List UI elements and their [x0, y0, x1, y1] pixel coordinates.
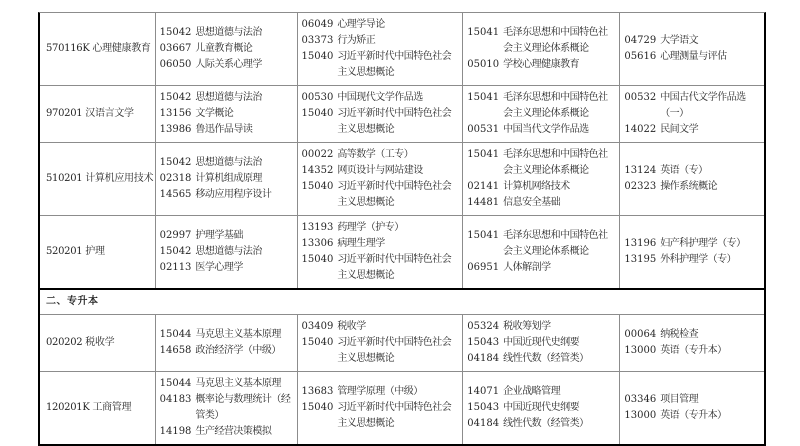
course-code: 14481: [467, 195, 499, 211]
course-code: 15040: [302, 335, 334, 367]
course-name: 妇产科护理学（专）: [660, 236, 746, 252]
course-item: 02113医学心理学: [160, 260, 293, 276]
course-name: 政治经济学（中级）: [195, 343, 281, 359]
major-cell: 520201 护理: [40, 216, 155, 290]
course-item: 15042思想道德与法治: [160, 90, 293, 106]
course-item: 14481信息安全基础: [467, 195, 615, 211]
course-item: 13683管理学原理（中级）: [302, 384, 459, 400]
course-code: 13193: [302, 220, 334, 236]
course-name: 网页设计与网站建设: [337, 163, 423, 179]
course-code: 03667: [160, 41, 192, 57]
course-cell: 15042思想道德与法治02318计算机组成原理14565移动应用程序设计: [155, 143, 297, 216]
exam-table-body: 570116K 心理健康教育15042思想道德与法治03667儿童教育概论060…: [40, 13, 764, 441]
course-name: 民间文学: [660, 122, 698, 138]
course-code: 02141: [467, 179, 499, 195]
course-item: 02323操作系统概论: [624, 179, 760, 195]
course-code: 15043: [467, 335, 499, 351]
course-code: 14658: [160, 343, 192, 359]
course-cell: 13124英语（专）02323操作系统概论: [620, 143, 764, 216]
course-item: 00530中国现代文学作品选: [302, 90, 459, 106]
course-code: 03409: [302, 319, 334, 335]
course-item: 14352网页设计与网站建设: [302, 163, 459, 179]
course-item: 14658政治经济学（中级）: [160, 343, 293, 359]
course-item: 15044马克思主义基本原理: [160, 376, 293, 392]
course-item: 13306病理生理学: [302, 236, 459, 252]
course-name: 护理学基础: [195, 228, 243, 244]
course-name: 计算机组成原理: [195, 171, 262, 187]
course-code: 15040: [302, 49, 334, 81]
course-name: 纳税检查: [660, 327, 698, 343]
course-code: 13195: [624, 252, 656, 268]
course-code: 15043: [467, 400, 499, 416]
course-code: 06951: [467, 260, 499, 276]
course-cell: 04729大学语文05616心理测量与评估: [620, 13, 764, 86]
course-code: 03373: [302, 33, 334, 49]
course-code: 15041: [467, 147, 499, 179]
course-cell: 06049心理学导论03373行为矫正15040习近平新时代中国特色社会主义思想…: [297, 13, 463, 86]
course-name: 心理学导论: [337, 17, 385, 33]
course-item: 03373行为矫正: [302, 33, 459, 49]
course-item: 03346项目管理: [624, 392, 760, 408]
course-name: 习近平新时代中国特色社会主义思想概论: [337, 335, 458, 367]
course-name: 英语（专升本）: [660, 343, 727, 359]
course-code: 06050: [160, 57, 192, 73]
section-header-row: 二、专升本: [40, 289, 764, 315]
course-cell: 15041毛泽东思想和中国特色社会主义理论体系概论06951人体解剖学: [463, 216, 620, 290]
course-item: 13986鲁迅作品导读: [160, 122, 293, 138]
course-item: 15040习近平新时代中国特色社会主义思想概论: [302, 400, 459, 432]
course-code: 13156: [160, 106, 192, 122]
course-item: 13196妇产科护理学（专）: [624, 236, 760, 252]
course-name: 中国当代文学作品选: [503, 122, 589, 138]
course-code: 13683: [302, 384, 334, 400]
course-name: 线性代数（经管类）: [503, 351, 589, 367]
course-item: 04184线性代数（经管类）: [467, 416, 615, 432]
major-cell: 570116K 心理健康教育: [40, 13, 155, 86]
course-code: 00531: [467, 122, 499, 138]
course-item: 15042思想道德与法治: [160, 155, 293, 171]
major-cell: 020202 税收学: [40, 315, 155, 372]
course-name: 思想道德与法治: [195, 155, 262, 171]
course-name: 线性代数（经管类）: [503, 416, 589, 432]
course-cell: 03346项目管理13000英语（专升本）: [620, 372, 764, 442]
course-code: 15044: [160, 376, 192, 392]
course-name: 习近平新时代中国特色社会主义思想概论: [337, 179, 458, 211]
course-name: 习近平新时代中国特色社会主义思想概论: [337, 106, 458, 138]
table-row: 570116K 心理健康教育15042思想道德与法治03667儿童教育概论060…: [40, 13, 764, 86]
course-name: 操作系统概论: [660, 179, 717, 195]
course-code: 05616: [624, 49, 656, 65]
course-code: 15042: [160, 90, 192, 106]
course-item: 00064纳税检查: [624, 327, 760, 343]
course-item: 02141计算机网络技术: [467, 179, 615, 195]
course-code: 04183: [160, 392, 192, 424]
exam-course-table: 570116K 心理健康教育15042思想道德与法治03667儿童教育概论060…: [38, 12, 766, 441]
course-item: 14071企业战略管理: [467, 384, 615, 400]
course-item: 15040习近平新时代中国特色社会主义思想概论: [302, 335, 459, 367]
course-item: 15041毛泽东思想和中国特色社会主义理论体系概论: [467, 228, 615, 260]
course-item: 03409税收学: [302, 319, 459, 335]
course-cell: 13196妇产科护理学（专）13195外科护理学（专）: [620, 216, 764, 290]
course-item: 15042思想道德与法治: [160, 25, 293, 41]
course-code: 15040: [302, 179, 334, 211]
course-name: 病理生理学: [337, 236, 385, 252]
course-name: 企业战略管理: [503, 384, 560, 400]
major-cell: 510201 计算机应用技术: [40, 143, 155, 216]
course-name: 儿童教育概论: [195, 41, 252, 57]
course-item: 04183概率论与数理统计（经管类）: [160, 392, 293, 424]
major-cell: 970201 汉语言文学: [40, 86, 155, 143]
course-code: 14198: [160, 424, 192, 440]
course-name: 思想道德与法治: [195, 25, 262, 41]
course-code: 04184: [467, 351, 499, 367]
course-cell: 15042思想道德与法治13156文学概论13986鲁迅作品导读: [155, 86, 297, 143]
course-item: 15043中国近现代史纲要: [467, 335, 615, 351]
course-name: 思想道德与法治: [195, 90, 262, 106]
course-cell: 15041毛泽东思想和中国特色社会主义理论体系概论05010学校心理健康教育: [463, 13, 620, 86]
course-name: 管理学原理（中级）: [337, 384, 423, 400]
course-name: 人际关系心理学: [195, 57, 262, 73]
course-name: 大学语文: [660, 33, 698, 49]
course-cell: 15042思想道德与法治03667儿童教育概论06050人际关系心理学: [155, 13, 297, 86]
course-code: 13306: [302, 236, 334, 252]
course-name: 医学心理学: [195, 260, 243, 276]
course-item: 15041毛泽东思想和中国特色社会主义理论体系概论: [467, 90, 615, 122]
course-name: 思想道德与法治: [195, 244, 262, 260]
course-code: 15041: [467, 90, 499, 122]
course-name: 中国现代文学作品选: [337, 90, 423, 106]
course-cell: 05324税收筹划学15043中国近现代史纲要04184线性代数（经管类）: [463, 315, 620, 372]
course-code: 13000: [624, 408, 656, 424]
course-code: 15042: [160, 25, 192, 41]
course-code: 02113: [160, 260, 192, 276]
course-name: 毛泽东思想和中国特色社会主义理论体系概论: [503, 90, 615, 122]
course-cell: 15041毛泽东思想和中国特色社会主义理论体系概论00531中国当代文学作品选: [463, 86, 620, 143]
course-code: 00022: [302, 147, 334, 163]
course-cell: 15044马克思主义基本原理14658政治经济学（中级）: [155, 315, 297, 372]
course-name: 心理测量与评估: [660, 49, 727, 65]
course-cell: 15041毛泽东思想和中国特色社会主义理论体系概论02141计算机网络技术144…: [463, 143, 620, 216]
table-row: 020202 税收学15044马克思主义基本原理14658政治经济学（中级）03…: [40, 315, 764, 372]
course-cell: 14071企业战略管理15043中国近现代史纲要04184线性代数（经管类）: [463, 372, 620, 442]
course-name: 英语（专升本）: [660, 408, 727, 424]
course-code: 03346: [624, 392, 656, 408]
course-item: 15041毛泽东思想和中国特色社会主义理论体系概论: [467, 147, 615, 179]
course-code: 02997: [160, 228, 192, 244]
course-code: 02323: [624, 179, 656, 195]
course-item: 13156文学概论: [160, 106, 293, 122]
course-item: 15041毛泽东思想和中国特色社会主义理论体系概论: [467, 25, 615, 57]
course-code: 15042: [160, 155, 192, 171]
major-cell: 120201K 工商管理: [40, 372, 155, 442]
course-code: 15040: [302, 400, 334, 432]
course-item: 15040习近平新时代中国特色社会主义思想概论: [302, 179, 459, 211]
course-name: 习近平新时代中国特色社会主义思想概论: [337, 49, 458, 81]
course-item: 06951人体解剖学: [467, 260, 615, 276]
course-code: 15044: [160, 327, 192, 343]
exam-table: 570116K 心理健康教育15042思想道德与法治03667儿童教育概论060…: [40, 13, 764, 441]
course-code: 15040: [302, 252, 334, 284]
course-code: 14352: [302, 163, 334, 179]
course-item: 14198生产经营决策模拟: [160, 424, 293, 440]
course-code: 06049: [302, 17, 334, 33]
course-code: 00064: [624, 327, 656, 343]
course-item: 15044马克思主义基本原理: [160, 327, 293, 343]
course-code: 02318: [160, 171, 192, 187]
course-name: 马克思主义基本原理: [195, 327, 281, 343]
course-item: 05010学校心理健康教育: [467, 57, 615, 73]
course-item: 13000英语（专升本）: [624, 408, 760, 424]
course-code: 04729: [624, 33, 656, 49]
course-cell: 13683管理学原理（中级）15040习近平新时代中国特色社会主义思想概论: [297, 372, 463, 442]
course-code: 15041: [467, 228, 499, 260]
course-item: 14565移动应用程序设计: [160, 187, 293, 203]
course-item: 00022高等数学（工专）: [302, 147, 459, 163]
section-header: 二、专升本: [40, 289, 764, 315]
course-name: 生产经营决策模拟: [195, 424, 271, 440]
table-row: 120201K 工商管理15044马克思主义基本原理04183概率论与数理统计（…: [40, 372, 764, 442]
course-item: 15040习近平新时代中国特色社会主义思想概论: [302, 252, 459, 284]
course-name: 外科护理学（专）: [660, 252, 736, 268]
course-code: 00530: [302, 90, 334, 106]
course-item: 13193药理学（护专）: [302, 220, 459, 236]
course-name: 项目管理: [660, 392, 698, 408]
course-item: 06049心理学导论: [302, 17, 459, 33]
course-name: 马克思主义基本原理: [195, 376, 281, 392]
course-cell: 00022高等数学（工专）14352网页设计与网站建设15040习近平新时代中国…: [297, 143, 463, 216]
course-code: 14022: [624, 122, 656, 138]
course-code: 14071: [467, 384, 499, 400]
course-name: 行为矫正: [337, 33, 375, 49]
course-name: 信息安全基础: [503, 195, 560, 211]
course-item: 15040习近平新时代中国特色社会主义思想概论: [302, 49, 459, 81]
course-item: 13000英语（专升本）: [624, 343, 760, 359]
course-item: 06050人际关系心理学: [160, 57, 293, 73]
course-item: 02318计算机组成原理: [160, 171, 293, 187]
course-name: 概率论与数理统计（经管类）: [195, 392, 292, 424]
course-name: 高等数学（工专）: [337, 147, 413, 163]
course-name: 人体解剖学: [503, 260, 551, 276]
course-code: 13124: [624, 163, 656, 179]
course-name: 鲁迅作品导读: [195, 122, 252, 138]
course-item: 04184线性代数（经管类）: [467, 351, 615, 367]
course-code: 13986: [160, 122, 192, 138]
course-item: 04729大学语文: [624, 33, 760, 49]
course-item: 05324税收筹划学: [467, 319, 615, 335]
course-name: 药理学（护专）: [337, 220, 404, 236]
course-name: 习近平新时代中国特色社会主义思想概论: [337, 400, 458, 432]
course-code: 15042: [160, 244, 192, 260]
course-code: 05324: [467, 319, 499, 335]
course-item: 00531中国当代文学作品选: [467, 122, 615, 138]
course-item: 14022民间文学: [624, 122, 760, 138]
course-cell: 15044马克思主义基本原理04183概率论与数理统计（经管类）14198生产经…: [155, 372, 297, 442]
course-cell: 03409税收学15040习近平新时代中国特色社会主义思想概论: [297, 315, 463, 372]
course-code: 13196: [624, 236, 656, 252]
course-item: 03667儿童教育概论: [160, 41, 293, 57]
course-code: 05010: [467, 57, 499, 73]
course-name: 毛泽东思想和中国特色社会主义理论体系概论: [503, 228, 615, 260]
table-row: 520201 护理02997护理学基础15042思想道德与法治02113医学心理…: [40, 216, 764, 290]
course-code: 15040: [302, 106, 334, 138]
course-name: 毛泽东思想和中国特色社会主义理论体系概论: [503, 25, 615, 57]
course-item: 05616心理测量与评估: [624, 49, 760, 65]
course-name: 税收学: [337, 319, 366, 335]
course-name: 中国古代文学作品选（一）: [660, 90, 760, 122]
course-code: 15041: [467, 25, 499, 57]
course-item: 00532中国古代文学作品选（一）: [624, 90, 760, 122]
course-code: 04184: [467, 416, 499, 432]
course-item: 13124英语（专）: [624, 163, 760, 179]
course-item: 15040习近平新时代中国特色社会主义思想概论: [302, 106, 459, 138]
course-item: 15043中国近现代史纲要: [467, 400, 615, 416]
course-cell: 13193药理学（护专）13306病理生理学15040习近平新时代中国特色社会主…: [297, 216, 463, 290]
course-name: 毛泽东思想和中国特色社会主义理论体系概论: [503, 147, 615, 179]
course-name: 习近平新时代中国特色社会主义思想概论: [337, 252, 458, 284]
course-name: 中国近现代史纲要: [503, 400, 579, 416]
course-cell: 00532中国古代文学作品选（一）14022民间文学: [620, 86, 764, 143]
course-code: 00532: [624, 90, 656, 122]
course-name: 文学概论: [195, 106, 233, 122]
course-name: 学校心理健康教育: [503, 57, 579, 73]
course-code: 13000: [624, 343, 656, 359]
course-name: 移动应用程序设计: [195, 187, 271, 203]
course-name: 英语（专）: [660, 163, 708, 179]
course-item: 13195外科护理学（专）: [624, 252, 760, 268]
table-row: 510201 计算机应用技术15042思想道德与法治02318计算机组成原理14…: [40, 143, 764, 216]
course-cell: 00530中国现代文学作品选15040习近平新时代中国特色社会主义思想概论: [297, 86, 463, 143]
course-name: 中国近现代史纲要: [503, 335, 579, 351]
course-cell: 02997护理学基础15042思想道德与法治02113医学心理学: [155, 216, 297, 290]
course-name: 计算机网络技术: [503, 179, 570, 195]
course-code: 14565: [160, 187, 192, 203]
course-name: 税收筹划学: [503, 319, 551, 335]
course-item: 02997护理学基础: [160, 228, 293, 244]
course-item: 15042思想道德与法治: [160, 244, 293, 260]
table-row: 970201 汉语言文学15042思想道德与法治13156文学概论13986鲁迅…: [40, 86, 764, 143]
course-cell: 00064纳税检查13000英语（专升本）: [620, 315, 764, 372]
